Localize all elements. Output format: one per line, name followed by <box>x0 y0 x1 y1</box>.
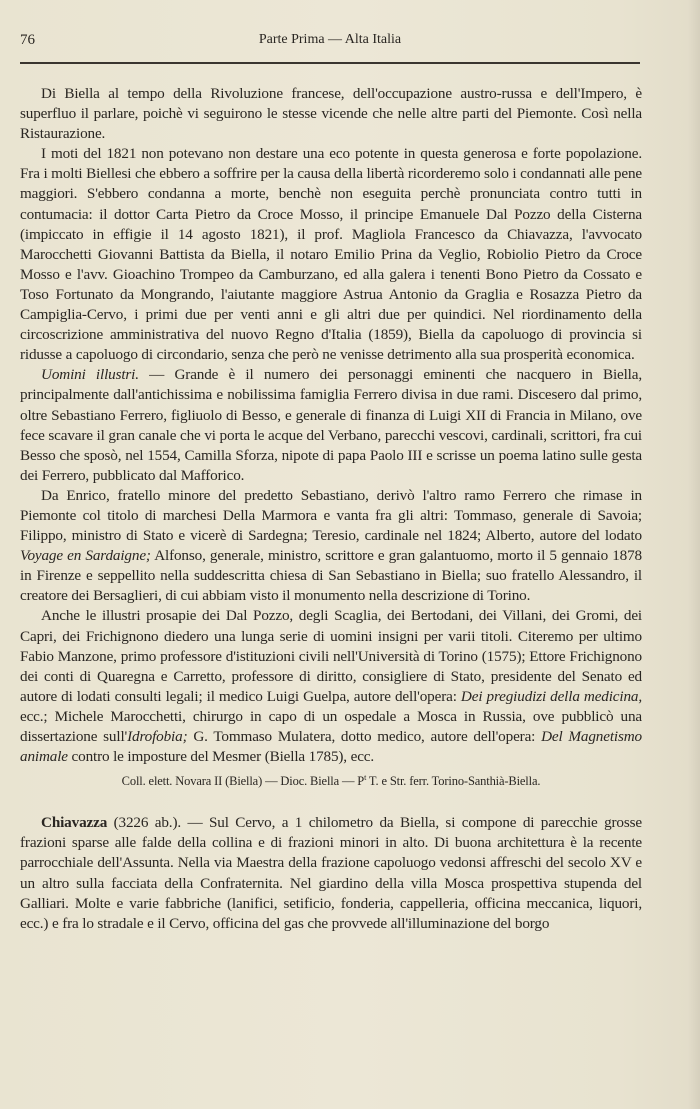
paragraph-ferrero-marmora: Da Enrico, fratello minore del predetto … <box>20 486 642 607</box>
paragraph-uomini-illustri: Uomini illustri. — Grande è il numero de… <box>20 365 642 486</box>
page-edge-shadow <box>688 0 700 1109</box>
paragraph-chiavazza: Chiavazza (3226 ab.). — Sul Cervo, a 1 c… <box>20 813 642 934</box>
paragraph-illustri-prosapie: Anche le illustri prosapie dei Dal Pozzo… <box>20 606 642 767</box>
paragraph-text: (3226 ab.). — Sul Cervo, a 1 chilometro … <box>20 814 642 931</box>
book-page: 76 Parte Prima — Alta Italia Di Biella a… <box>0 0 700 1109</box>
note-text: T. e Str. ferr. Torino-Santhià-Biella. <box>366 774 540 788</box>
administrative-note: Coll. elett. Novara II (Biella) — Dioc. … <box>20 771 642 791</box>
book-title-voyage: Voyage en Sardaigne; <box>20 547 151 564</box>
paragraph-text: contro le imposture del Mesmer (Biella 1… <box>68 748 374 765</box>
section-lead-uomini-illustri: Uomini illustri. <box>41 366 139 383</box>
note-text: Coll. elett. Novara II (Biella) — Dioc. … <box>122 774 364 788</box>
paragraph-text: Da Enrico, fratello minore del predetto … <box>20 487 642 544</box>
paragraph-biella-revolution: Di Biella al tempo della Rivoluzione fra… <box>20 84 642 144</box>
place-name-chiavazza: Chiavazza <box>41 814 107 831</box>
running-title: Parte Prima — Alta Italia <box>20 32 640 48</box>
page-header: 76 Parte Prima — Alta Italia <box>20 28 640 52</box>
header-rule <box>20 62 640 64</box>
book-title-idrofobia: Idrofobia; <box>127 728 187 745</box>
paragraph-moti-1821: I moti del 1821 non potevano non destare… <box>20 144 642 365</box>
paragraph-text: G. Tommaso Mulatera, dotto medico, autor… <box>187 728 541 745</box>
body-text: Di Biella al tempo della Rivoluzione fra… <box>20 84 642 934</box>
book-title-pregiudizi: Dei pregiudizi della medicina, <box>461 688 642 705</box>
paragraph-text: — Grande è il numero dei personaggi emin… <box>20 366 642 483</box>
